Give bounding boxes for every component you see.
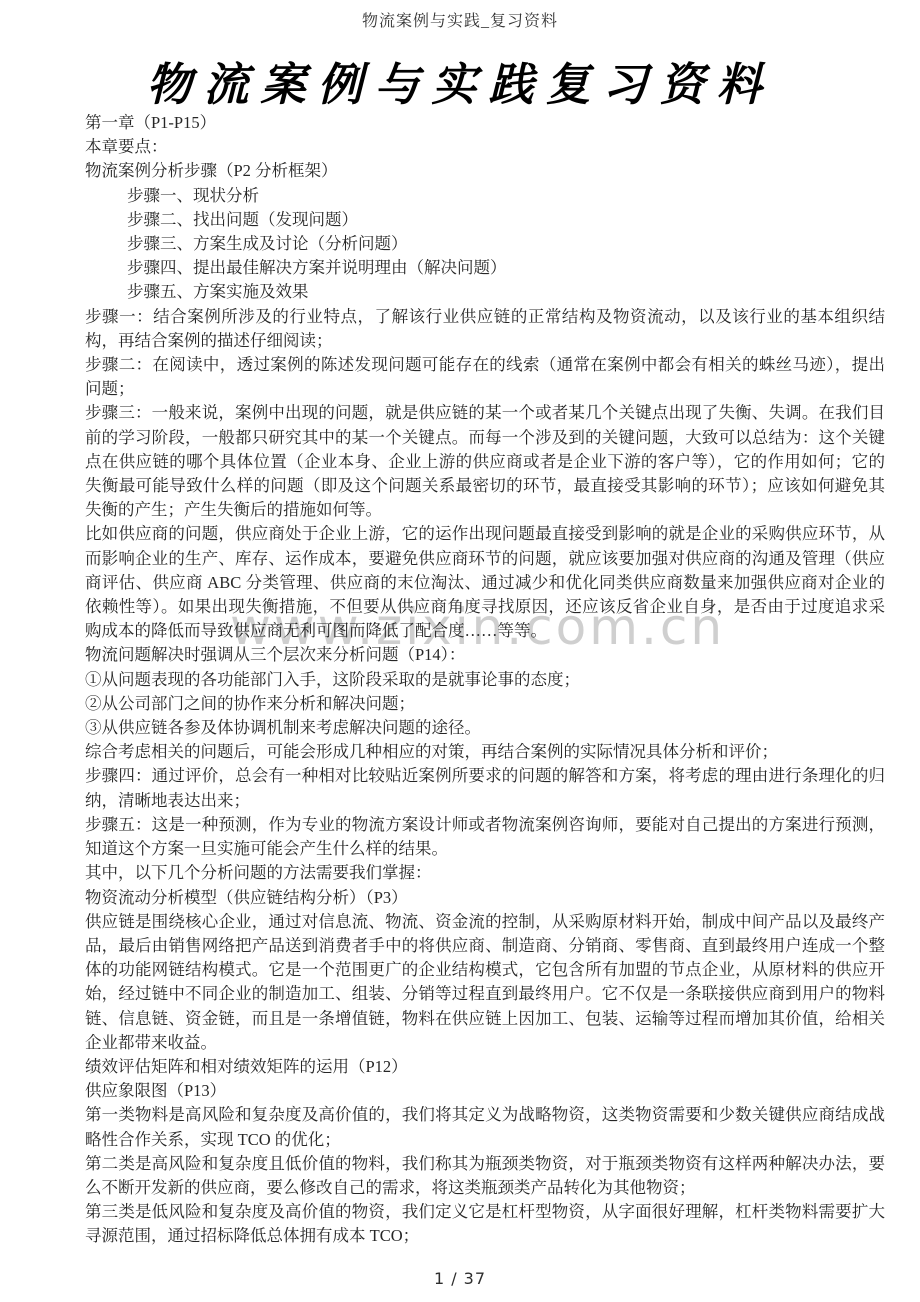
body-paragraph: 步骤四、提出最佳解决方案并说明理由（解决问题）: [85, 256, 885, 280]
body-paragraph: 本章要点：: [85, 135, 885, 159]
body-paragraph: 步骤二：在阅读中，透过案例的陈述发现问题可能存在的线索（通常在案例中都会有相关的…: [85, 353, 885, 401]
body-paragraph: 第三类是低风险和复杂度及高价值的物资，我们定义它是杠杆型物资，从字面很好理解，杠…: [85, 1200, 885, 1248]
body-paragraph: 物流问题解决时强调从三个层次来分析问题（P14）：: [85, 643, 885, 667]
body-paragraph: 综合考虑相关的问题后，可能会形成几种相应的对策，再结合案例的实际情况具体分析和评…: [85, 740, 885, 764]
body-paragraph: ③从供应链各参及体协调机制来考虑解决问题的途径。: [85, 716, 885, 740]
document-body: 第一章（P1-P15）本章要点：物流案例分析步骤（P2 分析框架）步骤一、现状分…: [85, 111, 885, 1249]
body-paragraph: 步骤五：这是一种预测，作为专业的物流方案设计师或者物流案例咨询师，要能对自己提出…: [85, 813, 885, 861]
running-header: 物流案例与实践_复习资料: [0, 8, 920, 31]
body-paragraph: ①从问题表现的各功能部门入手，这阶段采取的是就事论事的态度；: [85, 668, 885, 692]
body-paragraph: 步骤三：一般来说，案例中出现的问题，就是供应链的某一个或者某几个关键点出现了失衡…: [85, 401, 885, 522]
body-paragraph: 步骤一、现状分析: [85, 184, 885, 208]
body-paragraph: 第一类物料是高风险和复杂度及高价值的，我们将其定义为战略物资，这类物资需要和少数…: [85, 1103, 885, 1151]
body-paragraph: 其中，以下几个分析问题的方法需要我们掌握：: [85, 861, 885, 885]
body-paragraph: 物资流动分析模型（供应链结构分析）（P3）: [85, 886, 885, 910]
body-paragraph: 第二类是高风险和复杂度且低价值的物料，我们称其为瓶颈类物资，对于瓶颈类物资有这样…: [85, 1152, 885, 1200]
body-paragraph: 供应链是围绕核心企业，通过对信息流、物流、资金流的控制，从采购原材料开始，制成中…: [85, 910, 885, 1055]
body-paragraph: 比如供应商的问题，供应商处于企业上游，它的运作出现问题最直接受到影响的就是企业的…: [85, 522, 885, 643]
body-paragraph: ②从公司部门之间的协作来分析和解决问题；: [85, 692, 885, 716]
body-paragraph: 步骤二、找出问题（发现问题）: [85, 208, 885, 232]
document-title: 物流案例与实践复习资料: [0, 48, 920, 113]
body-paragraph: 步骤一：结合案例所涉及的行业特点，了解该行业供应链的正常结构及物资流动，以及该行…: [85, 305, 885, 353]
body-paragraph: 供应象限图（P13）: [85, 1079, 885, 1103]
page-number: 1 / 37: [0, 1269, 920, 1288]
body-paragraph: 步骤五、方案实施及效果: [85, 280, 885, 304]
document-page: 物流案例与实践_复习资料 物流案例与实践复习资料 www.zixin.com.c…: [0, 0, 920, 1302]
body-paragraph: 步骤四：通过评价，总会有一种相对比较贴近案例所要求的问题的解答和方案，将考虑的理…: [85, 764, 885, 812]
body-paragraph: 第一章（P1-P15）: [85, 111, 885, 135]
body-paragraph: 绩效评估矩阵和相对绩效矩阵的运用（P12）: [85, 1055, 885, 1079]
body-paragraph: 物流案例分析步骤（P2 分析框架）: [85, 159, 885, 183]
body-paragraph: 步骤三、方案生成及讨论（分析问题）: [85, 232, 885, 256]
